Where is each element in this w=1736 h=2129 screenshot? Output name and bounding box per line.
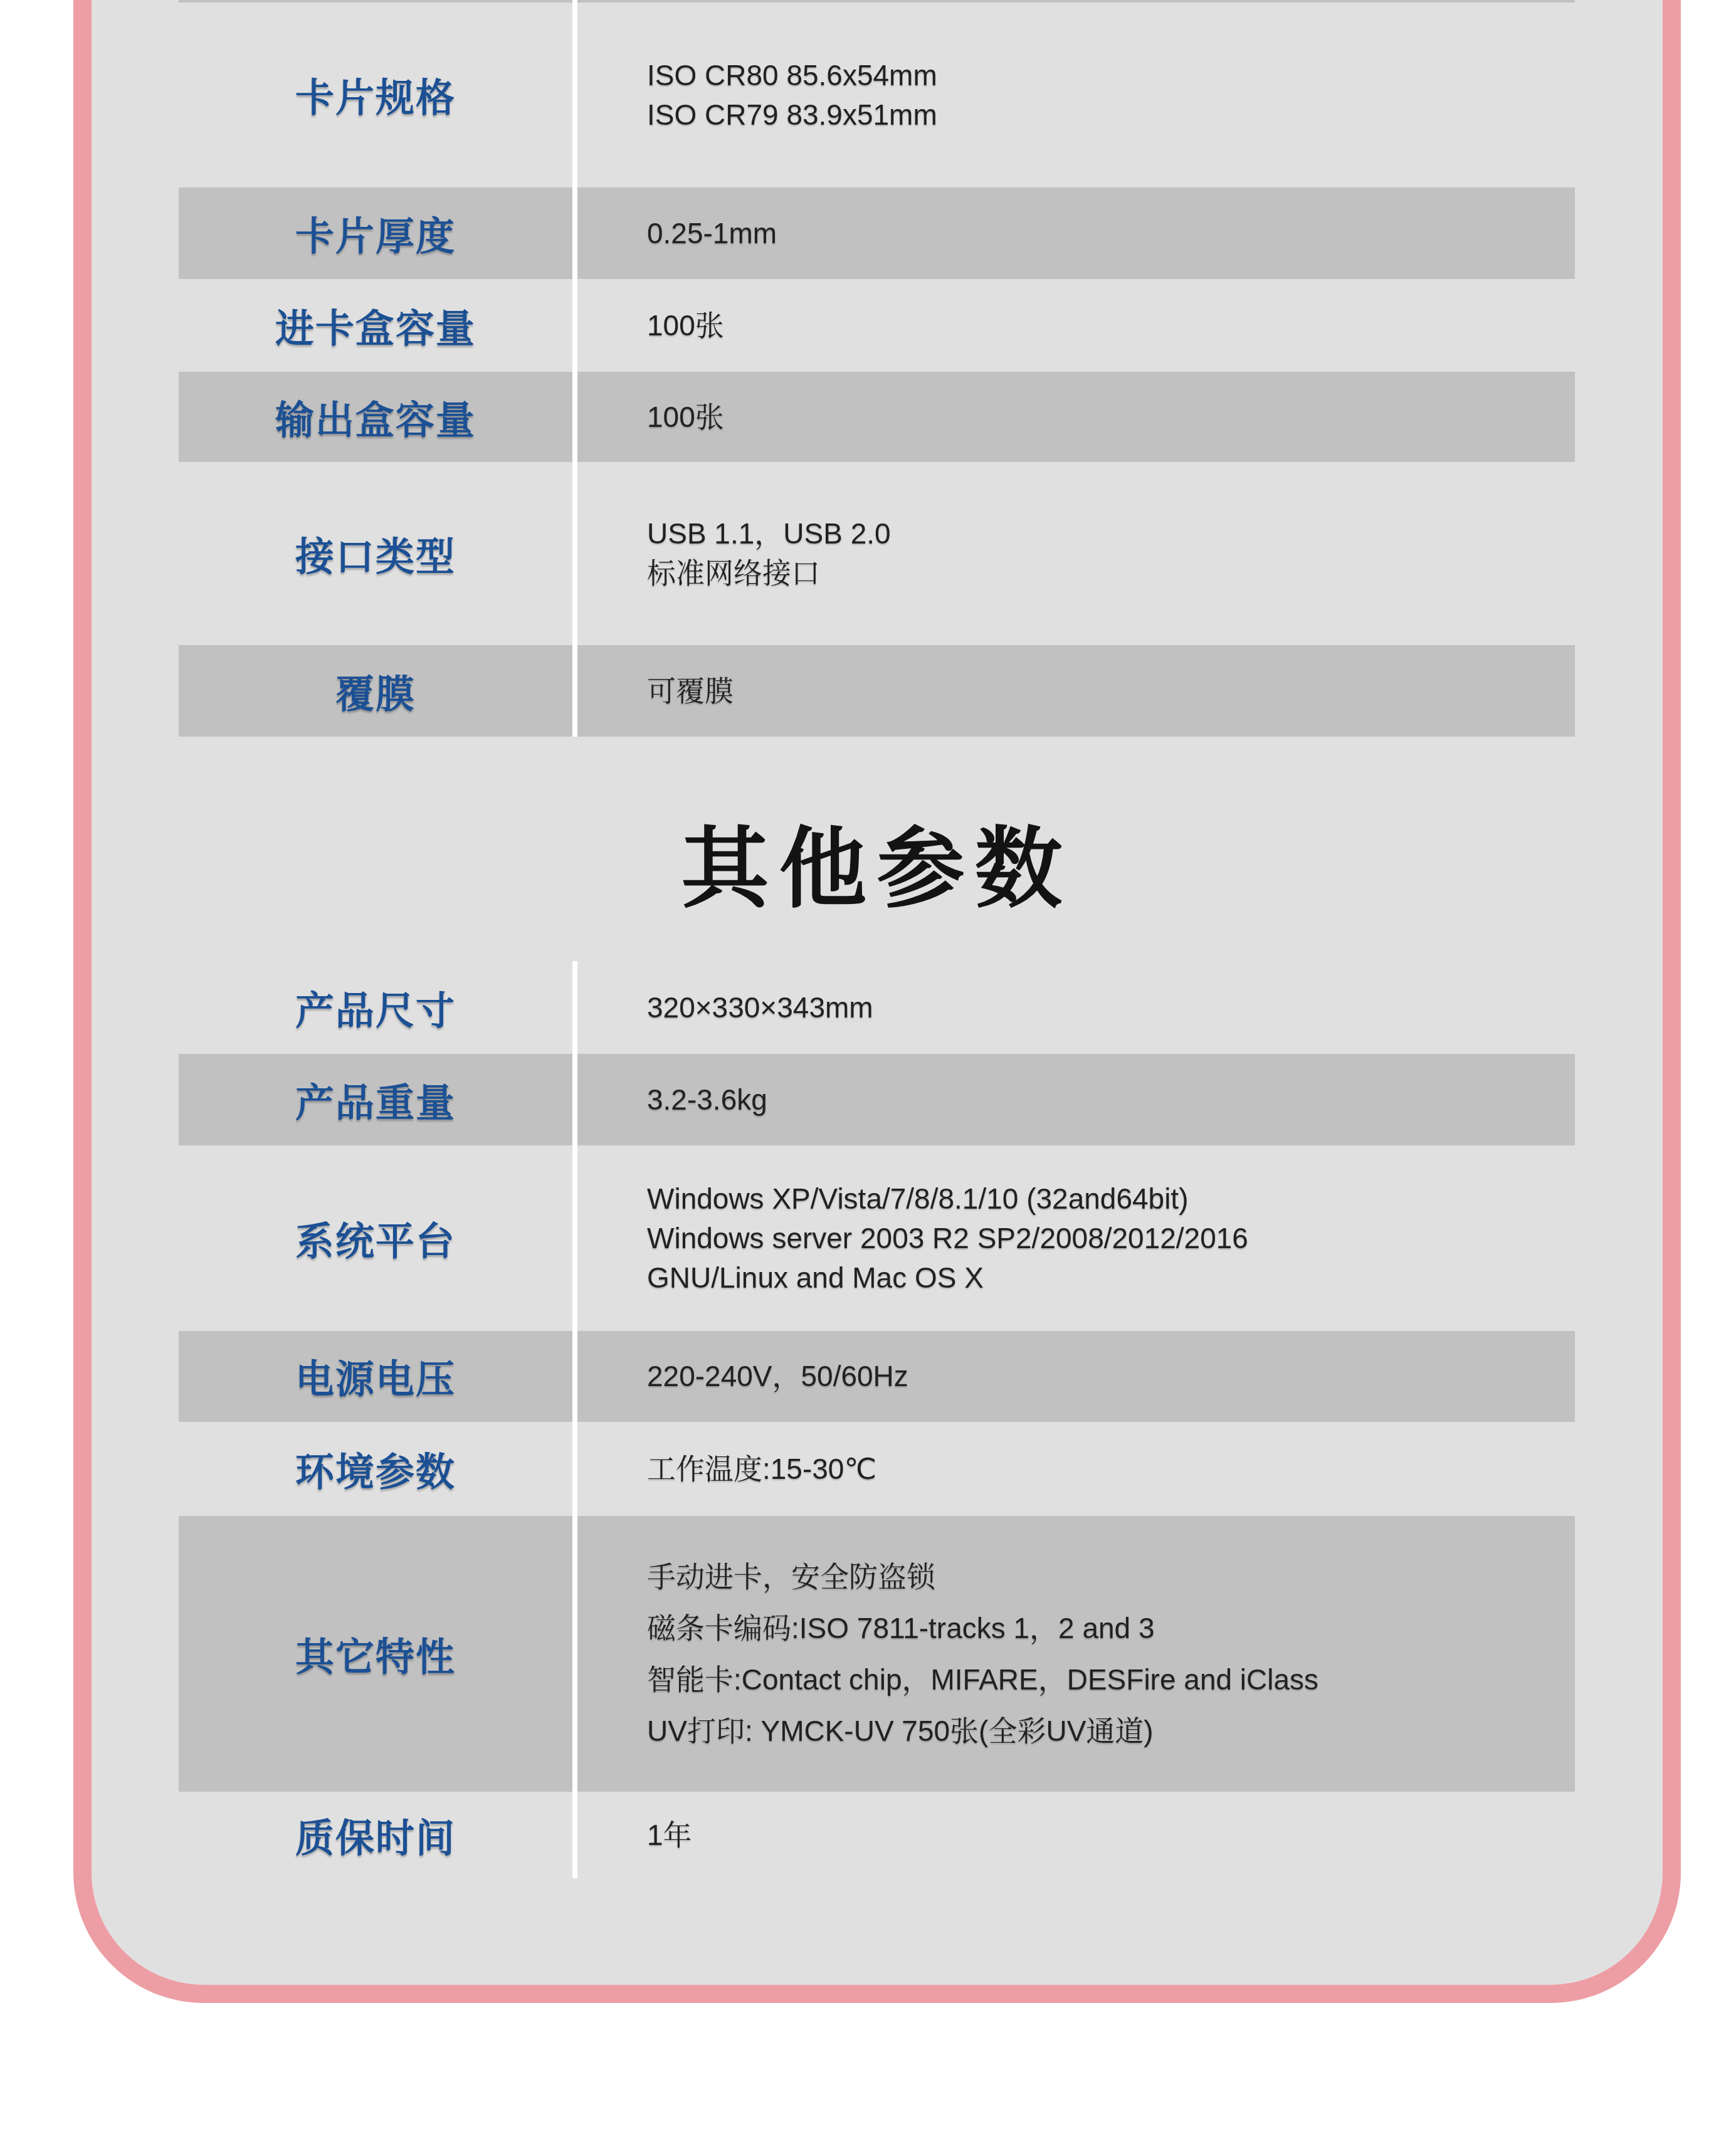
spec-value: 手动进卡，安全防盗锁 磁条卡编码:ISO 7811-tracks 1，2 and… — [572, 1551, 1575, 1757]
spec-row-card-size: 卡片规格 ISO CR80 85.6x54mm ISO CR79 83.9x51… — [179, 3, 1575, 187]
spec-value: 1年 — [572, 1816, 1575, 1855]
spec-value-line: ISO CR80 85.6x54mm — [647, 56, 1575, 95]
spec-value-line: 0.25-1mm — [647, 214, 1575, 253]
spec-label: 接口类型 — [179, 526, 572, 582]
spec-value-line: Windows XP/Vista/7/8/8.1/10 (32and64bit) — [647, 1179, 1575, 1219]
spec-value-line: 220-240V，50/60Hz — [647, 1357, 1575, 1396]
spec-label: 卡片规格 — [179, 67, 572, 123]
spec-value: 100张 — [572, 306, 1575, 345]
column-divider-bottom — [572, 961, 577, 1878]
spec-value: 0.25-1mm — [572, 214, 1575, 253]
column-divider-top — [572, 0, 577, 737]
spec-value-line: 可覆膜 — [647, 671, 1575, 711]
spec-value-line: 320×330×343mm — [647, 988, 1575, 1028]
spec-row-input-hopper: 进卡盒容量 100张 — [179, 279, 1575, 372]
spec-value-line: ISO CR79 83.9x51mm — [647, 95, 1575, 135]
spec-label: 输出盒容量 — [179, 389, 572, 445]
spec-value-line: 3.2-3.6kg — [647, 1080, 1575, 1120]
spec-table-bottom: 产品尺寸 320×330×343mm 产品重量 3.2-3.6kg 系统平台 W… — [179, 961, 1575, 1878]
spec-value-line: 磁条卡编码:ISO 7811-tracks 1，2 and 3 — [647, 1602, 1575, 1654]
spec-value: USB 1.1，USB 2.0 标准网络接口 — [572, 514, 1575, 593]
spec-label: 电源电压 — [179, 1348, 572, 1404]
spec-value: 工作温度:15-30℃ — [572, 1449, 1575, 1489]
spec-value: Windows XP/Vista/7/8/8.1/10 (32and64bit)… — [572, 1179, 1575, 1298]
spec-value-line: 1年 — [647, 1816, 1575, 1855]
spec-value-line: 智能卡:Contact chip，MIFARE，DESFire and iCla… — [647, 1654, 1575, 1705]
spec-label: 环境参数 — [179, 1441, 572, 1497]
spec-value-line: 标准网络接口 — [647, 554, 1575, 593]
spec-value-line: UV打印: YMCK-UV 750张(全彩UV通道) — [647, 1705, 1575, 1757]
spec-table-top: 卡片规格 ISO CR80 85.6x54mm ISO CR79 83.9x51… — [179, 0, 1575, 737]
spec-row-interface: 接口类型 USB 1.1，USB 2.0 标准网络接口 — [179, 462, 1575, 645]
spec-value: 可覆膜 — [572, 671, 1575, 711]
spec-value-line: 工作温度:15-30℃ — [647, 1449, 1575, 1489]
spec-row-card-thickness: 卡片厚度 0.25-1mm — [179, 187, 1575, 279]
spec-value: 220-240V，50/60Hz — [572, 1357, 1575, 1396]
spec-value-line: USB 1.1，USB 2.0 — [647, 514, 1575, 554]
spec-label: 覆膜 — [179, 663, 572, 719]
spec-value-line: GNU/Linux and Mac OS X — [647, 1258, 1575, 1298]
spec-label: 进卡盒容量 — [179, 298, 572, 354]
spec-row-warranty: 质保时间 1年 — [179, 1792, 1575, 1878]
spec-value: 3.2-3.6kg — [572, 1080, 1575, 1120]
spec-label: 产品尺寸 — [179, 980, 572, 1036]
spec-row-output-hopper: 输出盒容量 100张 — [179, 372, 1575, 462]
spec-value-line: 100张 — [647, 306, 1575, 345]
spec-value-line: 100张 — [647, 397, 1575, 437]
spec-row-os-platform: 系统平台 Windows XP/Vista/7/8/8.1/10 (32and6… — [179, 1145, 1575, 1331]
spec-label: 其它特性 — [179, 1626, 572, 1682]
spec-label: 卡片厚度 — [179, 206, 572, 261]
spec-value-line: 手动进卡，安全防盗锁 — [647, 1551, 1575, 1602]
product-spec-page: 卡片规格 ISO CR80 85.6x54mm ISO CR79 83.9x51… — [0, 0, 1736, 2129]
section-heading: 其他参数 — [681, 799, 1072, 925]
spec-row-product-weight: 产品重量 3.2-3.6kg — [179, 1054, 1575, 1145]
spec-value: 100张 — [572, 397, 1575, 437]
spec-value: ISO CR80 85.6x54mm ISO CR79 83.9x51mm — [572, 56, 1575, 135]
spec-value: 320×330×343mm — [572, 988, 1575, 1028]
spec-row-product-size: 产品尺寸 320×330×343mm — [179, 961, 1575, 1054]
spec-row-environment: 环境参数 工作温度:15-30℃ — [179, 1422, 1575, 1516]
spec-row-power: 电源电压 220-240V，50/60Hz — [179, 1331, 1575, 1422]
spec-label: 产品重量 — [179, 1072, 572, 1128]
spec-label: 质保时间 — [179, 1807, 572, 1863]
spec-row-other-features: 其它特性 手动进卡，安全防盗锁 磁条卡编码:ISO 7811-tracks 1，… — [179, 1516, 1575, 1792]
spec-row-lamination: 覆膜 可覆膜 — [179, 645, 1575, 737]
section-heading-band: 其他参数 — [179, 737, 1575, 961]
spec-label: 系统平台 — [179, 1211, 572, 1266]
spec-value-line: Windows server 2003 R2 SP2/2008/2012/201… — [647, 1219, 1575, 1258]
